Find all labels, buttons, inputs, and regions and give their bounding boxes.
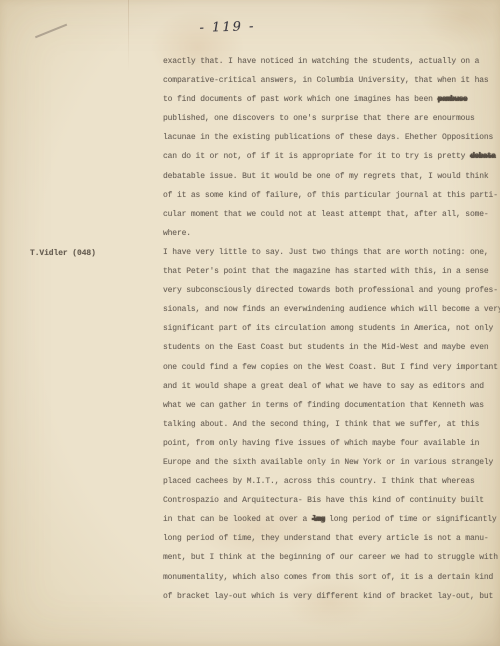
typed-line: long period of time, they understand tha… [163,529,497,548]
typed-line: exactly that. I have noticed in watching… [163,52,497,71]
typed-text: comparative-critical answers, in Columbi… [163,76,489,85]
typed-text: significant part of its circulation amon… [163,324,493,333]
typed-line: to find documents of past work which one… [163,90,497,109]
typed-text: Controspazio and Arquitectura- Bis have … [163,496,484,505]
typed-line: ment, but I think at the beginning of ou… [163,548,497,567]
typed-text: lacunae in the existing publications of … [163,133,493,142]
typed-text: published, one discovers to one's surpri… [163,114,475,123]
typed-line: of it as some kind of failure, of this p… [163,186,497,205]
typed-line: can do it or not, of if it is appropriat… [163,147,497,166]
struck-out-word: debata [470,152,495,161]
scanned-typewritten-page: - 119 - T.Vidler (048) exactly that. I h… [0,0,500,646]
typed-line: talking about. And the second thing, I t… [163,415,497,434]
typed-line: one could find a few copies on the West … [163,358,497,377]
typed-line: I have very little to say. Just two thin… [163,243,497,262]
typed-text: very subconsciously directed towards bot… [163,286,498,295]
paper-stain [420,0,500,46]
paper-crease [128,0,129,72]
typed-text: can do it or not, of if it is appropriat… [163,152,470,161]
typed-line: in that can be looked at over a lmg long… [163,510,497,529]
typed-text: cular moment that we could not at least … [163,210,489,219]
typed-text: monumentality, which also comes from thi… [163,573,493,582]
typed-text: in that can be looked at over a [163,515,312,524]
pencil-mark [35,24,67,38]
typed-line: debatable issue. But it would be one of … [163,167,497,186]
typed-line: lacunae in the existing publications of … [163,128,497,147]
typed-line: Controspazio and Arquitectura- Bis have … [163,491,497,510]
typed-line: what we can gather in terms of finding d… [163,396,497,415]
typed-text-column: exactly that. I have noticed in watching… [163,52,497,606]
typed-line: that Peter's point that the magazine has… [163,262,497,281]
struck-out-word: pambuse [437,95,466,104]
typed-text: ment, but I think at the beginning of ou… [163,553,498,562]
typed-line: comparative-critical answers, in Columbi… [163,71,497,90]
typed-text: sionals, and now finds an everwindening … [163,305,500,314]
typed-text: talking about. And the second thing, I t… [163,420,479,429]
typed-line: sionals, and now finds an everwindening … [163,300,497,319]
typed-text: I have very little to say. Just two thin… [163,248,489,257]
typed-text: students on the East Coast but students … [163,343,489,352]
typed-line: published, one discovers to one's surpri… [163,109,497,128]
typed-text: and it would shape a great deal of what … [163,382,484,391]
typed-line: students on the East Coast but students … [163,338,497,357]
typed-line: significant part of its circulation amon… [163,319,497,338]
typed-text: what we can gather in terms of finding d… [163,401,484,410]
typed-text: of bracket lay-out which is very differe… [163,592,493,601]
typed-text: where. [163,229,191,238]
typed-text: to find documents of past work which one… [163,95,437,104]
typed-text: debatable issue. But it would be one of … [163,172,489,181]
typed-line: point, from only having five issues of w… [163,434,497,453]
typed-line: and it would shape a great deal of what … [163,377,497,396]
typed-text: placed cachees by M.I.T., across this co… [163,477,475,486]
typed-text: that Peter's point that the magazine has… [163,267,489,276]
typed-text: exactly that. I have noticed in watching… [163,57,479,66]
typed-text: one could find a few copies on the West … [163,363,498,372]
typed-text: long period of time or significantly [324,515,496,524]
typed-line: very subconsciously directed towards bot… [163,281,497,300]
typed-line: Europe and the sixth available only in N… [163,453,497,472]
typed-line: monumentality, which also comes from thi… [163,568,497,587]
typed-text: long period of time, they understand tha… [163,534,489,543]
typed-line: of bracket lay-out which is very differe… [163,587,497,606]
typed-line: placed cachees by M.I.T., across this co… [163,472,497,491]
typed-line: where. [163,224,497,243]
typed-text: point, from only having five issues of w… [163,439,479,448]
speaker-label: T.Vidler (048) [30,244,96,263]
typed-line: cular moment that we could not at least … [163,205,497,224]
struck-out-word: lmg [312,515,325,524]
handwritten-page-number: - 119 - [145,18,310,37]
typed-text: of it as some kind of failure, of this p… [163,191,498,200]
typed-text: Europe and the sixth available only in N… [163,458,493,467]
